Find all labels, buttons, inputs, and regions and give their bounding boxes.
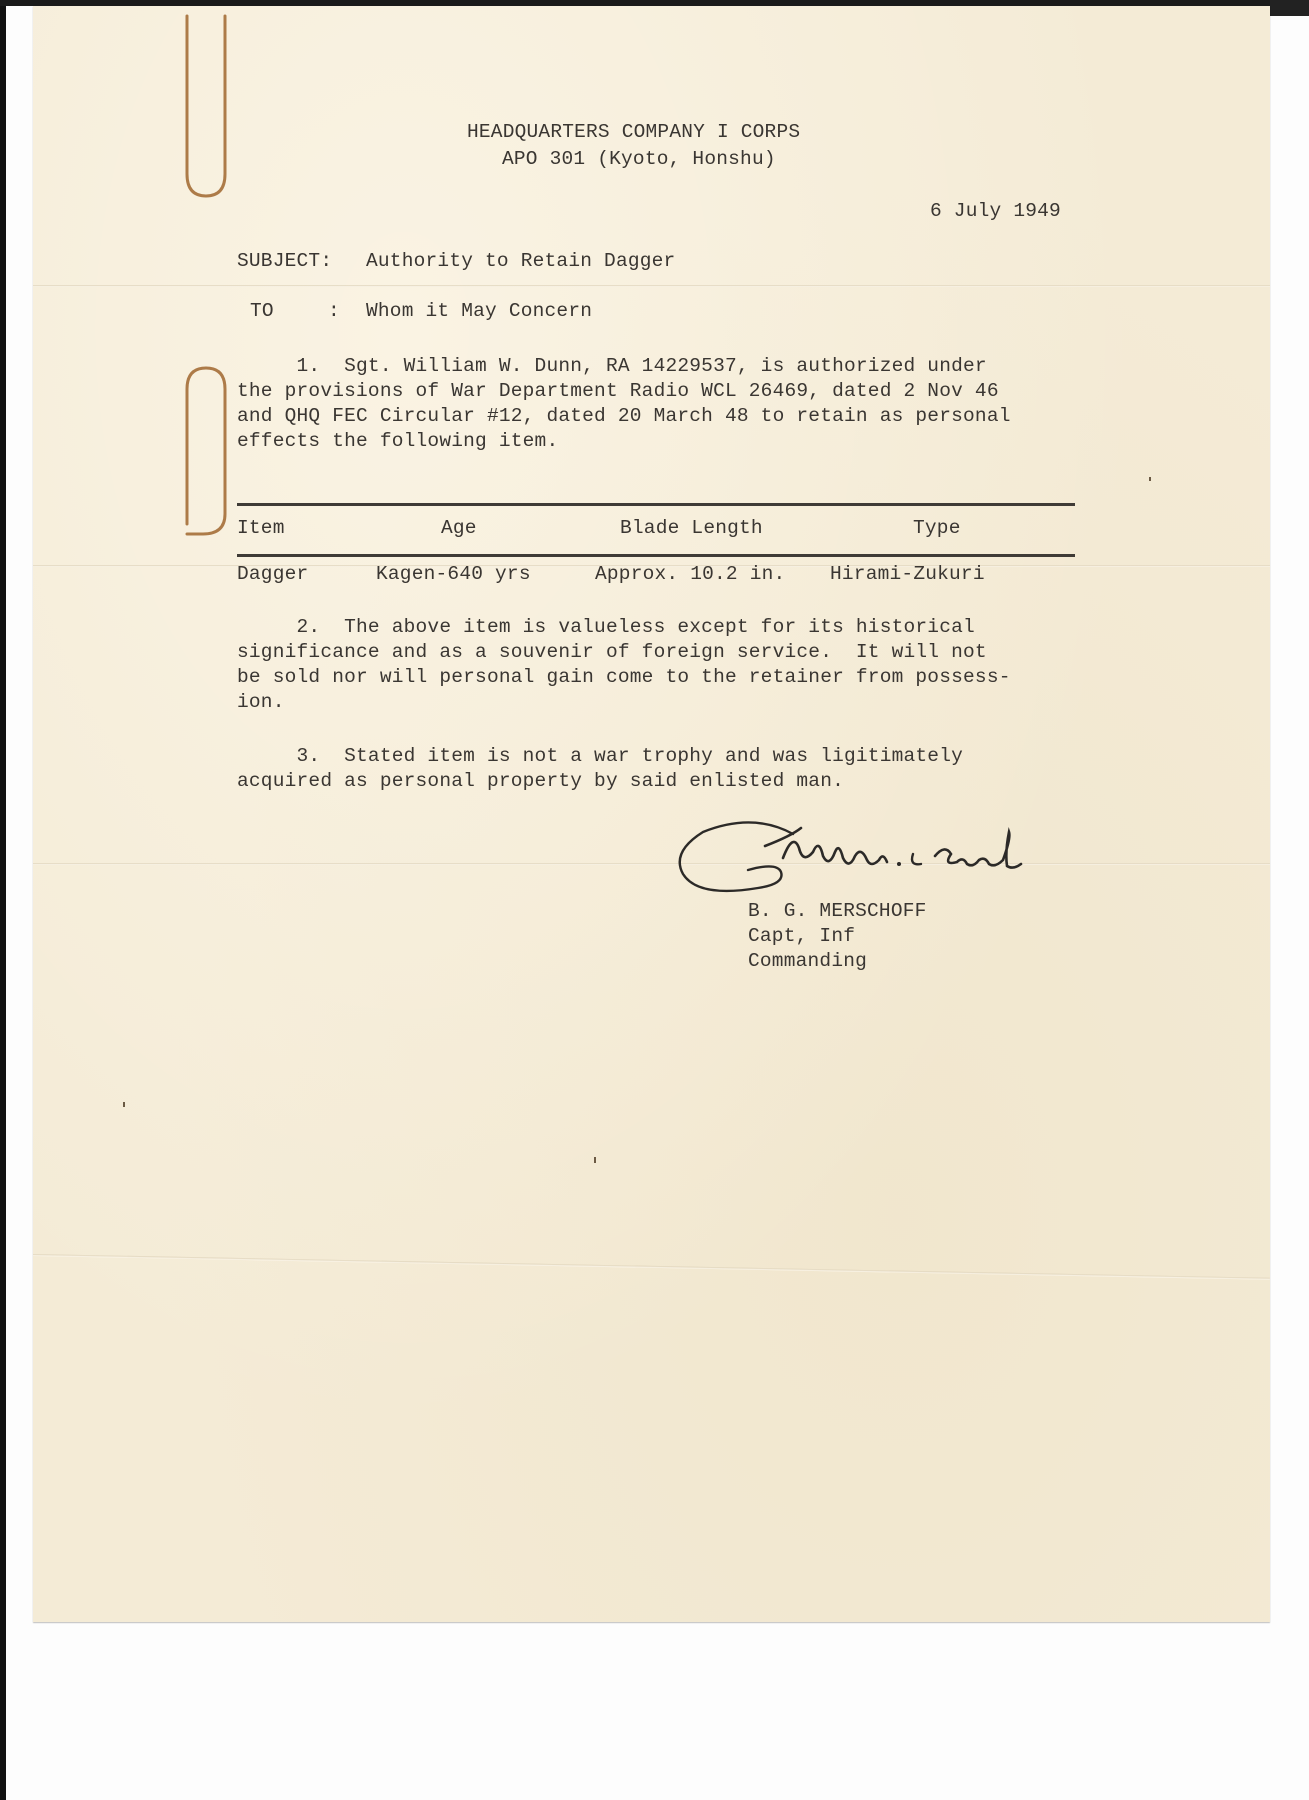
subject-value: Authority to Retain Dagger (366, 250, 675, 272)
letterhead-line-2: APO 301 (Kyoto, Honshu) (502, 148, 776, 170)
scanner-edge-corner (1270, 0, 1309, 16)
letter-page: HEADQUARTERS COMPANY I CORPS APO 301 (Ky… (33, 6, 1270, 1622)
handwritten-signature-icon (673, 812, 1113, 902)
letter-date: 6 July 1949 (930, 200, 1061, 222)
table-header-blade-length: Blade Length (620, 517, 763, 539)
table-header-type: Type (913, 517, 961, 539)
paper-speck (594, 1157, 596, 1163)
paragraph-line: significance and as a souvenir of foreig… (237, 641, 987, 663)
paragraph-line: 2. The above item is valueless except fo… (237, 616, 975, 638)
table-cell-blade-length: Approx. 10.2 in. (595, 563, 785, 585)
fold-crease (33, 285, 1270, 287)
to-separator: : (328, 300, 340, 322)
fold-crease (33, 1254, 1270, 1280)
letterhead-line-1: HEADQUARTERS COMPANY I CORPS (467, 121, 800, 143)
subject-label: SUBJECT: (237, 250, 332, 272)
paragraph-line: 3. Stated item is not a war trophy and w… (237, 745, 963, 767)
table-cell-item: Dagger (237, 563, 308, 585)
signatory-name: B. G. MERSCHOFF (748, 900, 927, 922)
signatory-rank: Capt, Inf (748, 925, 855, 947)
scanner-edge-left (0, 0, 6, 1800)
paragraph-line: be sold nor will personal gain come to t… (237, 666, 1011, 688)
table-header-rule (237, 554, 1075, 557)
table-top-rule (237, 503, 1075, 506)
paragraph-line: the provisions of War Department Radio W… (237, 380, 999, 402)
to-label: TO (250, 300, 274, 322)
paragraph-line: effects the following item. (237, 430, 558, 452)
paragraph-line: acquired as personal property by said en… (237, 770, 844, 792)
table-header-item: Item (237, 517, 285, 539)
paper-speck (123, 1102, 125, 1107)
table-cell-age: Kagen-640 yrs (376, 563, 531, 585)
paragraph-line: 1. Sgt. William W. Dunn, RA 14229537, is… (237, 355, 987, 377)
table-cell-type: Hirami-Zukuri (830, 563, 985, 585)
paragraph-line: and QHQ FEC Circular #12, dated 20 March… (237, 405, 1011, 427)
signatory-title: Commanding (748, 950, 867, 972)
to-value: Whom it May Concern (366, 300, 592, 322)
table-header-age: Age (441, 517, 477, 539)
paper-speck (1149, 477, 1151, 481)
paperclip-rust-mark-icon (181, 364, 231, 539)
paperclip-rust-mark-icon (181, 6, 231, 201)
paragraph-line: ion. (237, 691, 285, 713)
